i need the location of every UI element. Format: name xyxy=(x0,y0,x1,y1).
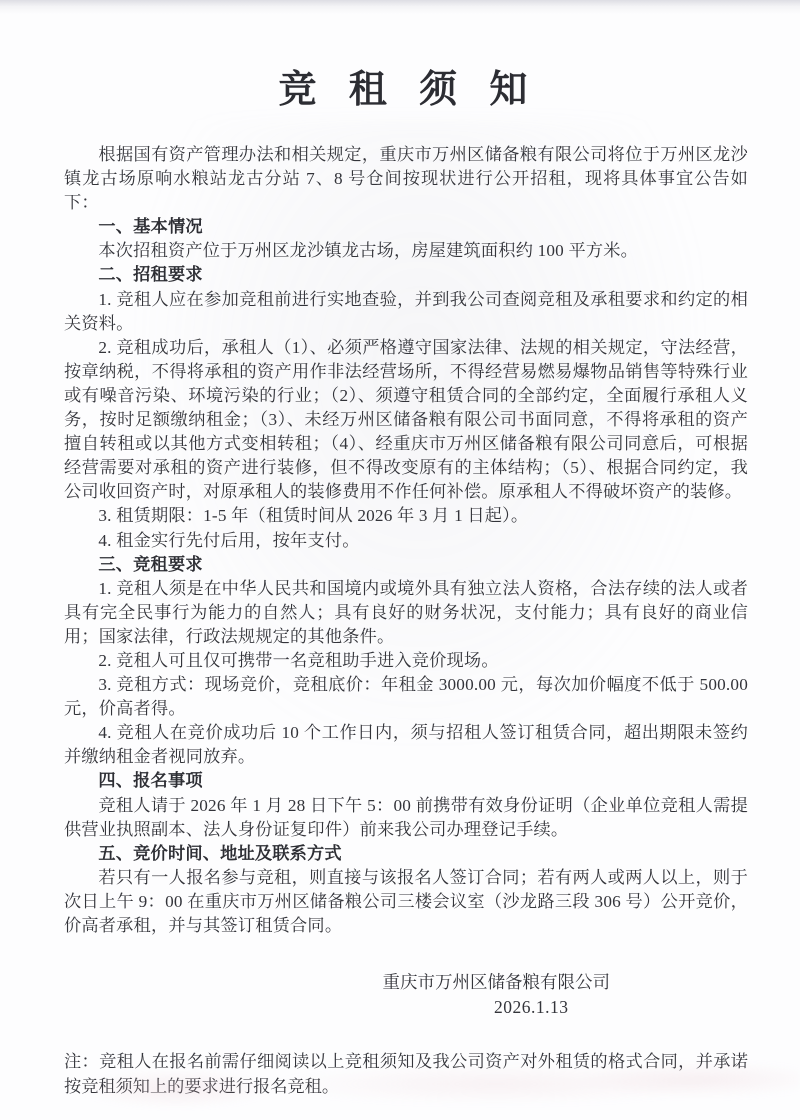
section-3-paragraph: 2. 竞租人可且仅可携带一名竞租助手进入竞价现场。 xyxy=(64,649,748,673)
section-heading-5: 五、竞价时间、地址及联系方式 xyxy=(64,842,748,866)
section-5-paragraph: 若只有一人报名参与竞租，则直接与该报名人签订合同；若有两人或两人以上，则于次日上… xyxy=(64,866,748,938)
document-body: 根据国有资产管理办法和相关规定，重庆市万州区储备粮有限公司将位于万州区龙沙镇龙古… xyxy=(64,143,748,938)
section-heading-2: 二、招租要求 xyxy=(64,263,748,287)
signature-block: 重庆市万州区储备粮有限公司 2026.1.13 xyxy=(383,970,611,1020)
section-heading-1: 一、基本情况 xyxy=(64,215,748,239)
signature-date: 2026.1.13 xyxy=(383,995,611,1020)
intro-paragraph: 根据国有资产管理办法和相关规定，重庆市万州区储备粮有限公司将位于万州区龙沙镇龙古… xyxy=(64,143,748,215)
section-heading-4: 四、报名事项 xyxy=(64,769,748,793)
section-2-paragraph: 4. 租金实行先付后用，按年支付。 xyxy=(64,529,748,553)
section-3-paragraph: 3. 竞租方式：现场竞价，竞租底价：年租金 3000.00 元，每次加价幅度不低… xyxy=(64,673,748,721)
section-1-paragraph: 本次招租资产位于万州区龙沙镇龙古场，房屋建筑面积约 100 平方米。 xyxy=(64,239,748,263)
section-2-paragraph: 2. 竞租成功后，承租人（1）、必须严格遵守国家法律、法规的相关规定，守法经营，… xyxy=(64,336,748,505)
section-2-paragraph: 3. 租赁期限：1-5 年（租赁时间从 2026 年 3 月 1 日起）。 xyxy=(64,504,748,528)
document-title: 竞 租 须 知 xyxy=(64,58,748,113)
footer-note: 注：竞租人在报名前需仔细阅读以上竞租须知及我公司资产对外租赁的格式合同，并承诺按… xyxy=(64,1050,748,1099)
signature-company: 重庆市万州区储备粮有限公司 xyxy=(383,970,611,995)
section-4-paragraph: 竞租人请于 2026 年 1 月 28 日下午 5：00 前携带有效身份证明（企… xyxy=(64,794,748,842)
section-2-paragraph: 1. 竞租人应在参加竞租前进行实地查验，并到我公司查阅竞租及承租要求和约定的相关… xyxy=(64,288,748,336)
section-3-paragraph: 1. 竞租人须是在中华人民共和国境内或境外具有独立法人资格，合法存续的法人或者具… xyxy=(64,577,748,649)
notice-document: 竞 租 须 知 根据国有资产管理办法和相关规定，重庆市万州区储备粮有限公司将位于… xyxy=(0,0,800,1099)
section-heading-3: 三、竞租要求 xyxy=(64,553,748,577)
footer-note-text: 注：竞租人在报名前需仔细阅读以上竞租须知及我公司资产对外租赁的格式合同，并承诺按… xyxy=(64,1050,748,1099)
section-3-paragraph: 4. 竞租人在竞价成功后 10 个工作日内，须与招租人签订租赁合同，超出期限未签… xyxy=(64,721,748,769)
